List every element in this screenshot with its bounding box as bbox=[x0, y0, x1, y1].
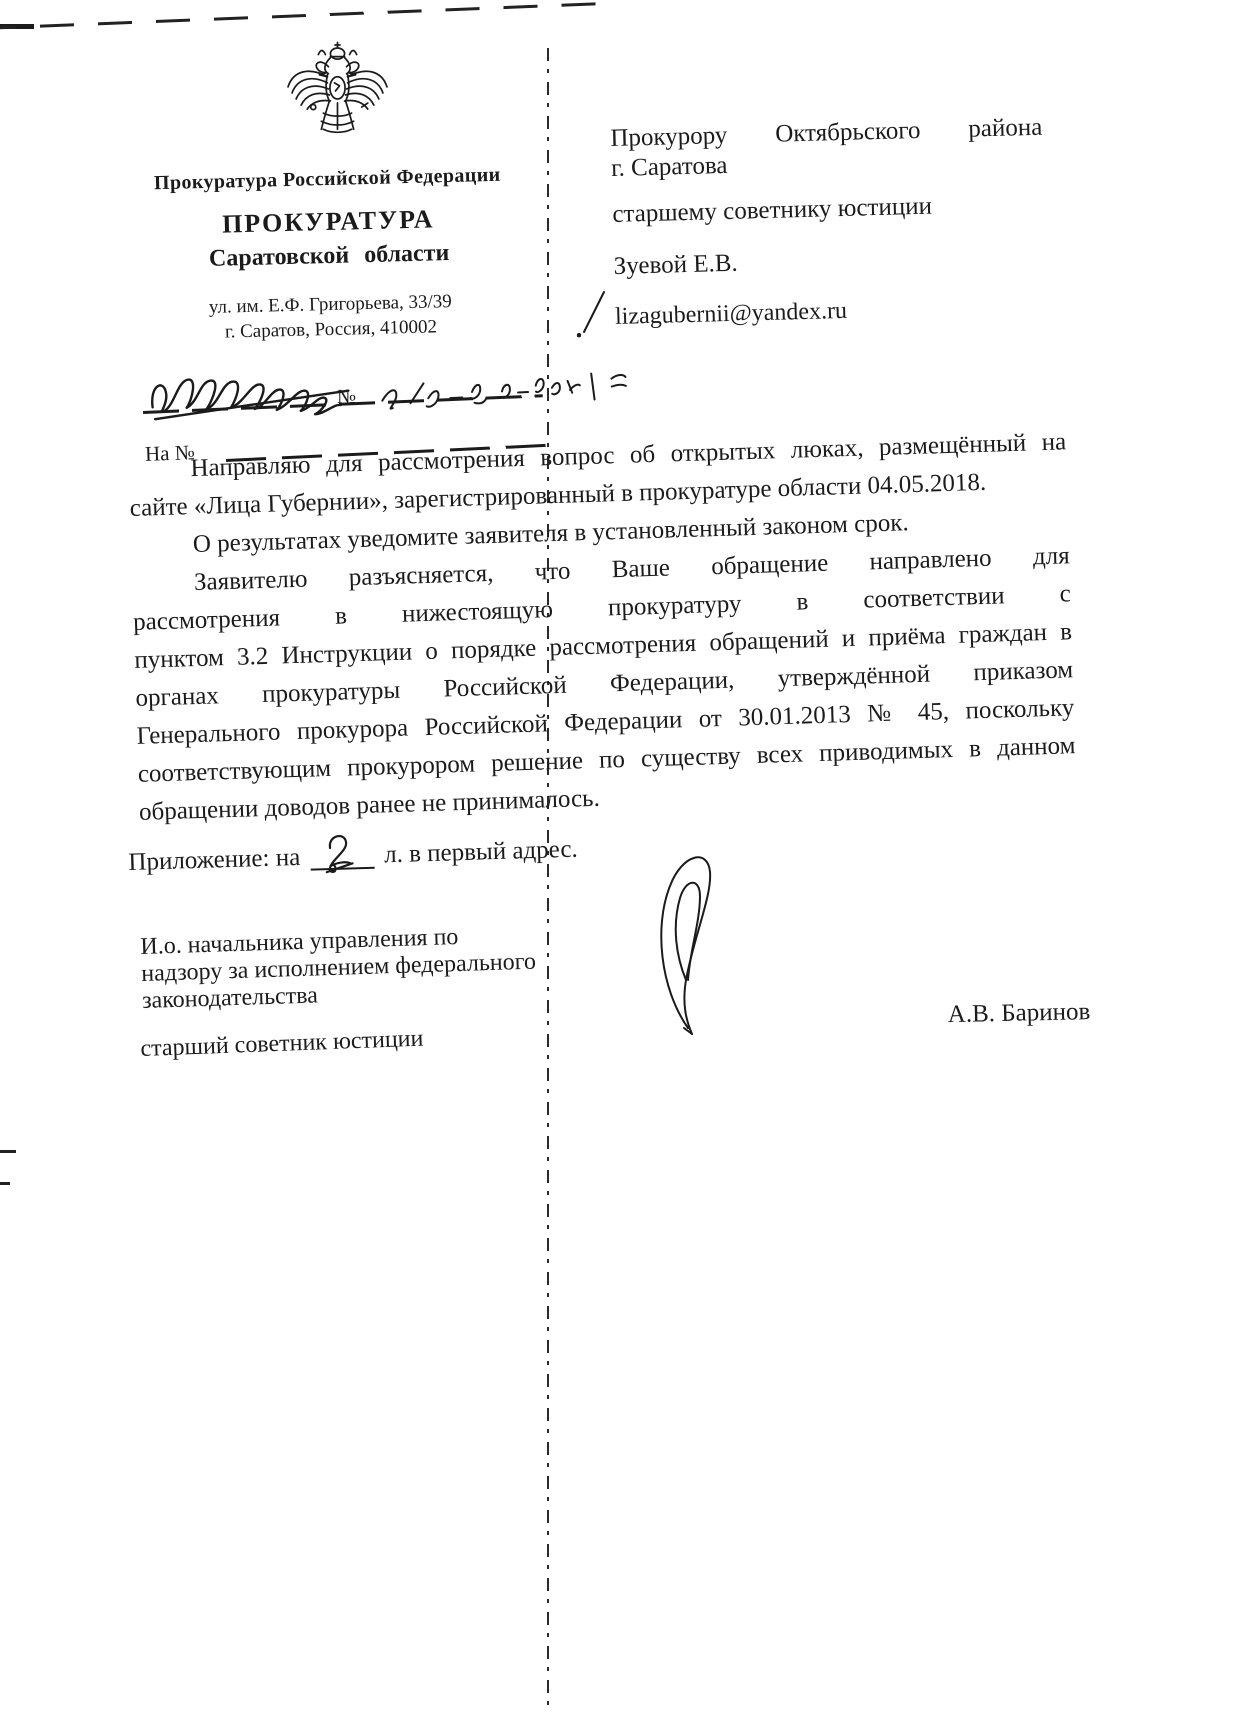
handwritten-date-scribble bbox=[147, 359, 354, 424]
handwritten-signature bbox=[642, 838, 738, 1038]
handwritten-sheet-count bbox=[323, 831, 354, 880]
recipient-name: Зуевой Е.В. bbox=[613, 241, 1046, 282]
scan-top-dashed-line bbox=[0, 2, 602, 30]
attachment-suffix: л. в первый адрес. bbox=[384, 836, 578, 869]
organization-name: ПРОКУРАТУРА bbox=[113, 202, 544, 242]
handwritten-check-mark bbox=[576, 288, 608, 338]
letter-body: Направляю для рассмотрения вопрос об отк… bbox=[128, 423, 1077, 831]
scan-edge-dash bbox=[0, 1182, 10, 1185]
attachment-sheet-count-blank bbox=[310, 841, 375, 871]
number-sign: № bbox=[337, 386, 356, 409]
recipient-email: lizagubernii@yandex.ru bbox=[615, 291, 1048, 332]
scan-fold-line bbox=[547, 48, 549, 1713]
signer-title: И.о. начальника управления понадзору за … bbox=[140, 919, 612, 1015]
scanned-letter-page: Прокуратура Российской Федерации ПРОКУРА… bbox=[0, 0, 1248, 1713]
russia-coat-of-arms-icon bbox=[285, 40, 390, 158]
paragraph: Заявителю разъясняется, что Ваше обращен… bbox=[131, 537, 1077, 832]
signer-name: А.В. Баринов bbox=[905, 998, 1091, 1030]
organization-region: Саратовской области bbox=[114, 238, 545, 275]
recipient-rank: старшему советнику юстиции bbox=[612, 189, 1045, 230]
recipient-block: Прокурору Октябрьского района г. Саратов… bbox=[610, 113, 1047, 332]
letterhead: Прокуратура Российской Федерации ПРОКУРА… bbox=[112, 163, 546, 346]
parent-organization: Прокуратура Российской Федерации bbox=[112, 163, 542, 196]
scan-edge-dash bbox=[0, 1150, 16, 1153]
attachment-prefix: Приложение: на bbox=[128, 844, 301, 876]
signer-rank: старший советник юстиции bbox=[140, 1023, 501, 1063]
handwritten-number-scribble bbox=[375, 361, 643, 421]
